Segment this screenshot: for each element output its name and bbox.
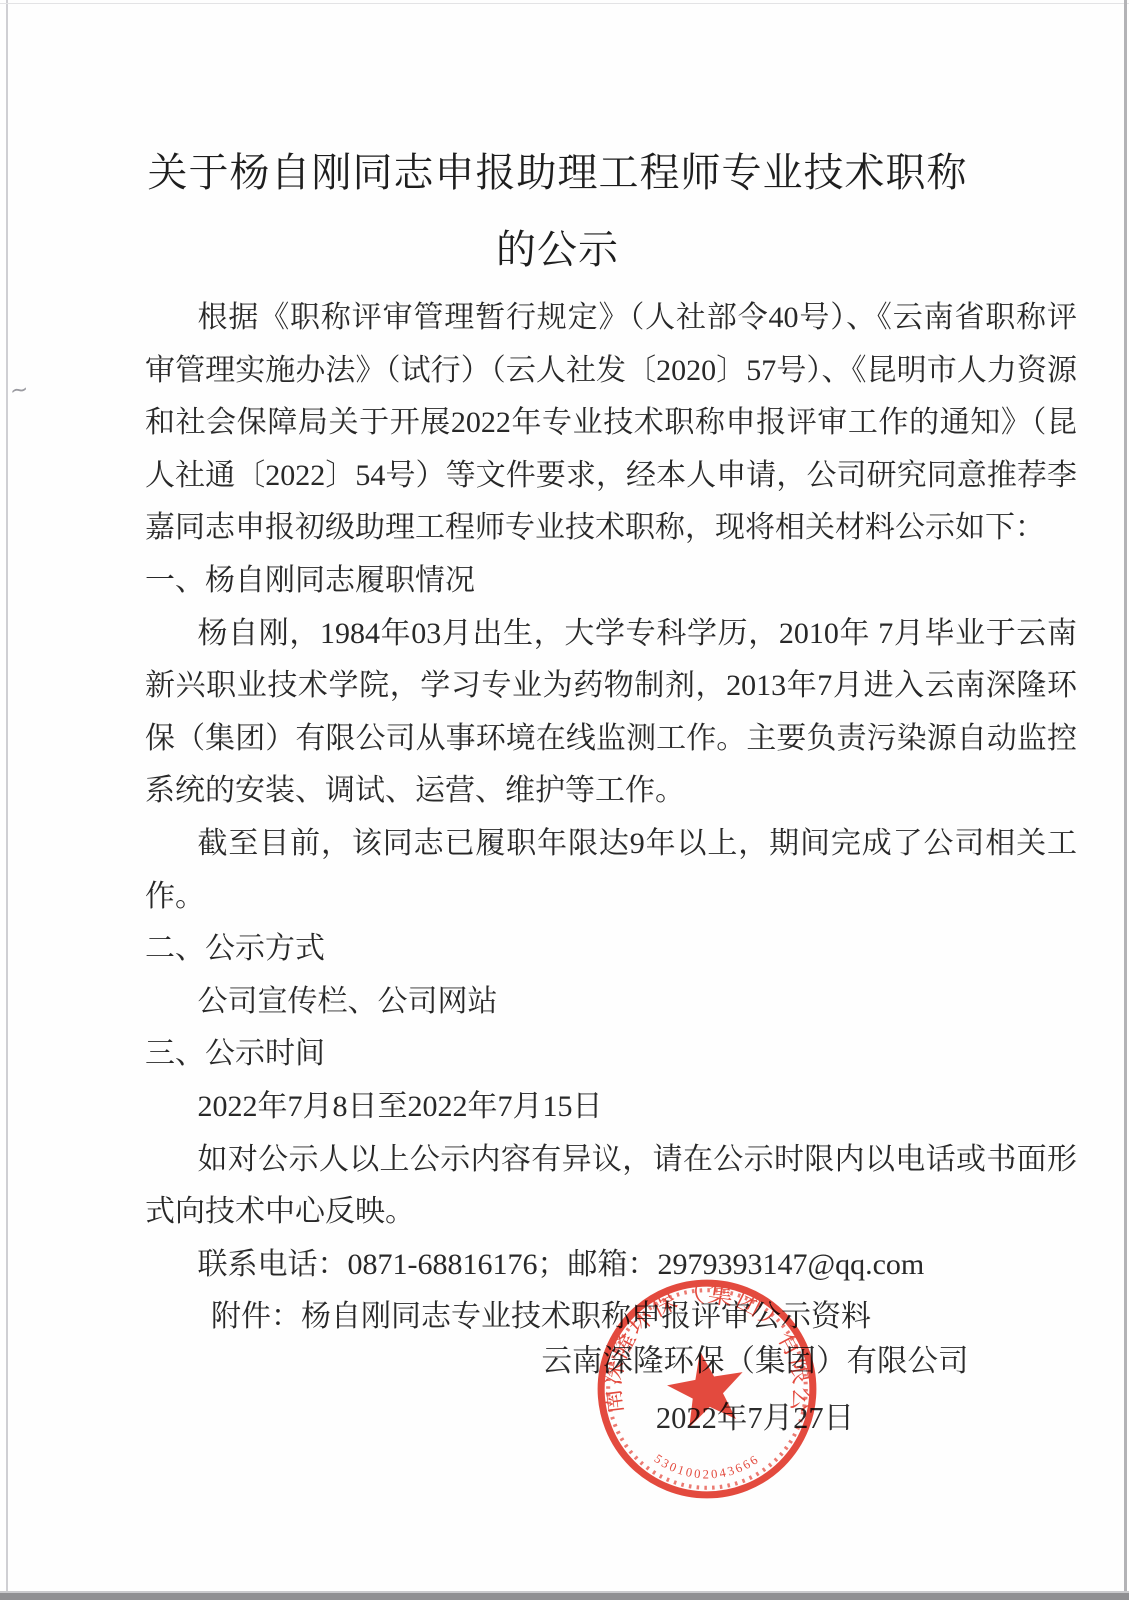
- red-star-icon: [662, 1345, 750, 1430]
- title-line-1: 关于杨自刚同志申报助理工程师专业技术职称: [0, 134, 1115, 211]
- seal-serial-number: 5301002043666: [652, 1451, 763, 1481]
- document-page: ~ 关于杨自刚同志申报助理工程师专业技术职称 的公示 根据《职称评审管理暂行规定…: [0, 0, 1129, 1600]
- paragraph-profile: 杨自刚，1984年03月出生，大学专科学历，2010年 7月毕业于云南新兴职业技…: [145, 608, 1077, 818]
- section-heading-2: 二、公示方式: [145, 923, 1077, 976]
- paragraph-period: 2022年7月8日至2022年7月15日: [145, 1081, 1077, 1134]
- paragraph-objection: 如对公示人以上公示内容有异议，请在公示时限内以电话或书面形式向技术中心反映。: [145, 1134, 1077, 1239]
- page-edge-bottom: [0, 1593, 1129, 1600]
- scan-artifact: ~: [8, 377, 30, 404]
- paragraph-tenure: 截至目前，该同志已履职年限达9年以上，期间完成了公司相关工作。: [145, 818, 1077, 923]
- title-line-2: 的公示: [0, 211, 1115, 288]
- seal-serial-path: 5301002043666: [652, 1451, 763, 1481]
- document-title: 关于杨自刚同志申报助理工程师专业技术职称 的公示: [0, 134, 1115, 288]
- section-heading-3: 三、公示时间: [145, 1028, 1077, 1081]
- paragraph-channels: 公司宣传栏、公司网站: [145, 976, 1077, 1029]
- paragraph-basis: 根据《职称评审管理暂行规定》（人社部令40号）、《云南省职称评审管理实施办法》（…: [145, 292, 1077, 555]
- company-seal-stamp: 云南深隆环保（集团）有限公司 5301002043666: [586, 1268, 828, 1510]
- page-edge-top: [0, 3, 1129, 4]
- page-edge-right: [1124, 0, 1127, 1600]
- document-body: 根据《职称评审管理暂行规定》（人社部令40号）、《云南省职称评审管理实施办法》（…: [145, 292, 1077, 1344]
- section-heading-1: 一、杨自刚同志履职情况: [145, 555, 1077, 608]
